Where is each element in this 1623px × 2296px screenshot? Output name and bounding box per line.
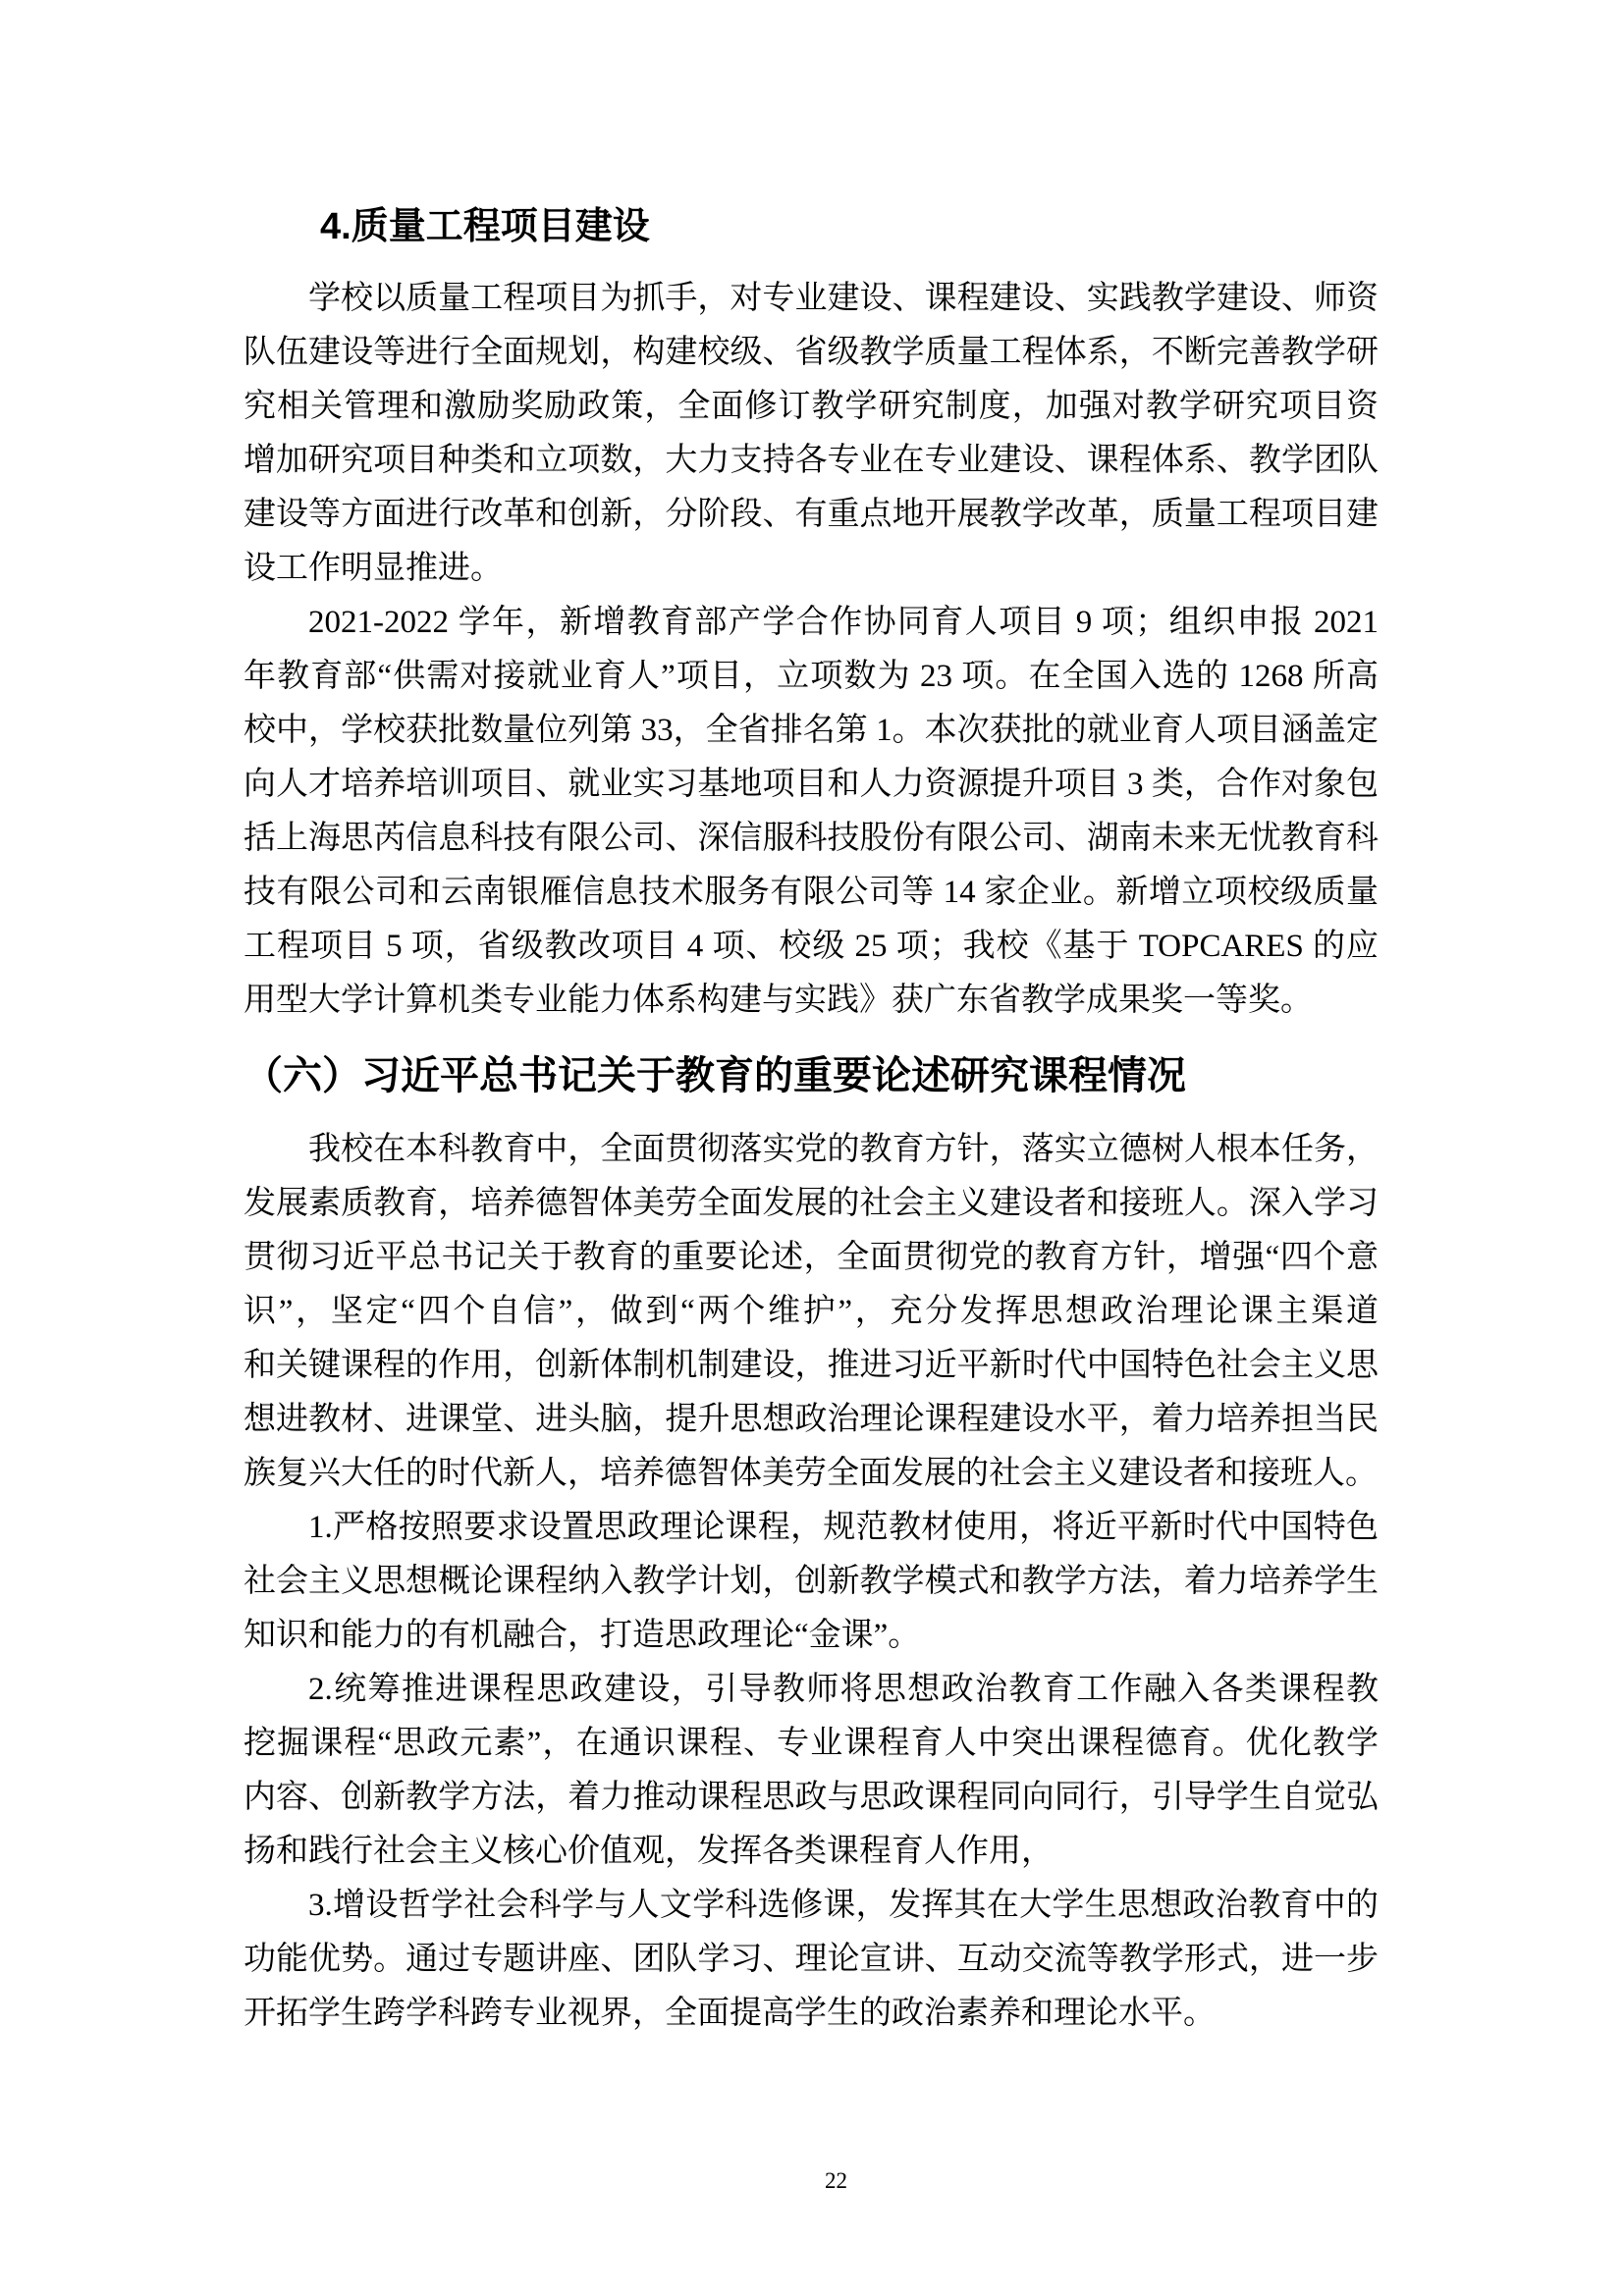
text-line: 向人才培养培训项目、就业实习基地项目和人力资源提升项目 3 类，合作对象包	[243, 758, 1379, 812]
text-line: 用型大学计算机类专业能力体系构建与实践》获广东省教学成果奖一等奖。	[243, 974, 1379, 1028]
paragraph-item-3-electives: 3.增设哲学社会科学与人文学科选修课，发挥其在大学生思想政治教育中的功能优势。通…	[243, 1879, 1379, 2041]
text-line: 工程项目 5 项，省级教改项目 4 项、校级 25 项；我校《基于 TOPCAR…	[243, 920, 1379, 974]
text-line: 增加研究项目种类和立项数，大力支持各专业在专业建设、课程体系、教学团队	[243, 434, 1379, 488]
text-line: 功能优势。通过专题讲座、团队学习、理论宣讲、互动交流等教学形式，进一步	[243, 1933, 1379, 1987]
text-line: 3.增设哲学社会科学与人文学科选修课，发挥其在大学生思想政治教育中的	[243, 1879, 1379, 1933]
text-line: 2.统筹推进课程思政建设，引导教师将思想政治教育工作融入各类课程教学，	[243, 1663, 1379, 1717]
text-line: 校中，学校获批数量位列第 33，全省排名第 1。本次获批的就业育人项目涵盖定	[243, 704, 1379, 758]
text-line: 括上海思芮信息科技有限公司、深信服科技股份有限公司、湖南未来无忧教育科	[243, 812, 1379, 866]
paragraph-item-1-ideological-courses: 1.严格按照要求设置思政理论课程，规范教材使用，将近平新时代中国特色社会主义思想…	[243, 1501, 1379, 1663]
text-line: 我校在本科教育中，全面贯彻落实党的教育方针，落实立德树人根本任务，	[243, 1123, 1379, 1177]
text-line: 建设等方面进行改革和创新，分阶段、有重点地开展教学改革，质量工程项目建	[243, 488, 1379, 542]
text-line: 知识和能力的有机融合，打造思政理论“金课”。	[243, 1609, 1379, 1663]
document-page: 4.质量工程项目建设学校以质量工程项目为抓手，对专业建设、课程建设、实践教学建设…	[0, 0, 1623, 2296]
text-line: 技有限公司和云南银雁信息技术服务有限公司等 14 家企业。新增立项校级质量	[243, 866, 1379, 920]
text-line: 和关键课程的作用，创新体制机制建设，推进习近平新时代中国特色社会主义思	[243, 1339, 1379, 1393]
text-line: 设工作明显推进。	[243, 542, 1379, 596]
text-line: 挖掘课程“思政元素”，在通识课程、专业课程育人中突出课程德育。优化教学	[243, 1717, 1379, 1771]
text-line: 究相关管理和激励奖励政策，全面修订教学研究制度，加强对教学研究项目资助、	[243, 380, 1379, 434]
paragraph-item-2-curriculum-ideology: 2.统筹推进课程思政建设，引导教师将思想政治教育工作融入各类课程教学，挖掘课程“…	[243, 1663, 1379, 1879]
text-line: 识”，坚定“四个自信”，做到“两个维护”，充分发挥思想政治理论课主渠道	[243, 1285, 1379, 1339]
heading-quality-engineering-projects: 4.质量工程项目建设	[320, 200, 1379, 254]
text-line: 社会主义思想概论课程纳入教学计划，创新教学模式和教学方法，着力培养学生	[243, 1555, 1379, 1609]
text-line: 1.严格按照要求设置思政理论课程，规范教材使用，将近平新时代中国特色	[243, 1501, 1379, 1555]
text-line: 队伍建设等进行全面规划，构建校级、省级教学质量工程体系，不断完善教学研	[243, 326, 1379, 380]
document-body: 4.质量工程项目建设学校以质量工程项目为抓手，对专业建设、课程建设、实践教学建设…	[243, 200, 1379, 2041]
text-line: 族复兴大任的时代新人，培养德智体美劳全面发展的社会主义建设者和接班人。	[243, 1447, 1379, 1501]
text-line: 2021-2022 学年，新增教育部产学合作协同育人项目 9 项；组织申报 20…	[243, 596, 1379, 650]
text-line: 扬和践行社会主义核心价值观，发挥各类课程育人作用，	[243, 1825, 1379, 1879]
text-line: 开拓学生跨学科跨专业视界，全面提高学生的政治素养和理论水平。	[243, 1987, 1379, 2041]
text-line: 贯彻习近平总书记关于教育的重要论述，全面贯彻党的教育方针，增强“四个意	[243, 1231, 1379, 1285]
text-line: 内容、创新教学方法，着力推动课程思政与思政课程同向同行，引导学生自觉弘	[243, 1771, 1379, 1825]
paragraph-education-principles: 我校在本科教育中，全面贯彻落实党的教育方针，落实立德树人根本任务，发展素质教育，…	[243, 1123, 1379, 1501]
text-line: 学校以质量工程项目为抓手，对专业建设、课程建设、实践教学建设、师资	[243, 272, 1379, 326]
text-line: 想进教材、进课堂、进头脑，提升思想政治理论课程建设水平，着力培养担当民	[243, 1393, 1379, 1447]
paragraph-quality-overview: 学校以质量工程项目为抓手，对专业建设、课程建设、实践教学建设、师资队伍建设等进行…	[243, 272, 1379, 596]
text-line: 发展素质教育，培养德智体美劳全面发展的社会主义建设者和接班人。深入学习	[243, 1177, 1379, 1231]
page-number: 22	[0, 2167, 1623, 2195]
paragraph-2021-2022-achievements: 2021-2022 学年，新增教育部产学合作协同育人项目 9 项；组织申报 20…	[243, 596, 1379, 1028]
text-line: 年教育部“供需对接就业育人”项目，立项数为 23 项。在全国入选的 1268 所…	[243, 650, 1379, 704]
heading-section-six: （六）习近平总书记关于教育的重要论述研究课程情况	[243, 1047, 1379, 1104]
